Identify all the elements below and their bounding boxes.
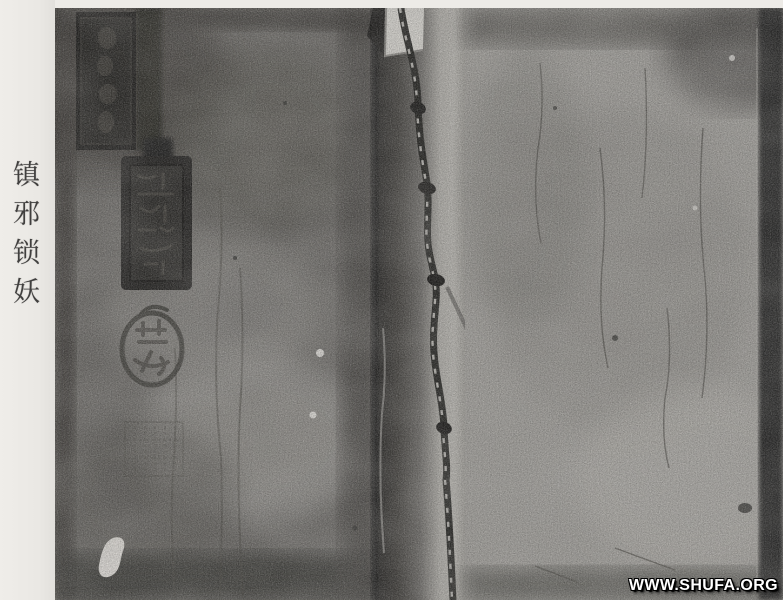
scanned-photo-page: 镇邪锁妖 bbox=[0, 0, 783, 600]
antique-book-photograph bbox=[55, 8, 783, 600]
film-grain-overlay bbox=[55, 8, 783, 600]
left-margin: 镇邪锁妖 bbox=[0, 0, 55, 600]
handwritten-margin-caption: 镇邪锁妖 bbox=[10, 160, 37, 316]
site-watermark: WWW.SHUFA.ORG bbox=[629, 577, 778, 595]
